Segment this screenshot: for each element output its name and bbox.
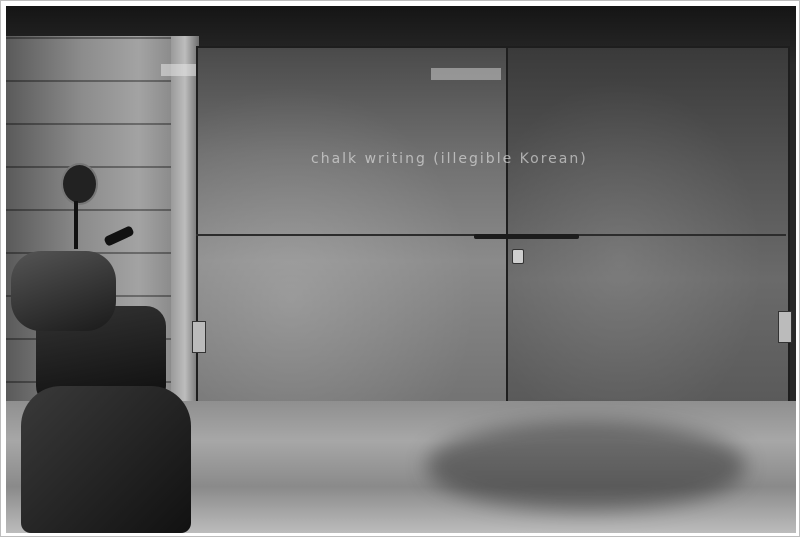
left-door-panel (196, 46, 510, 405)
door-latch-bar (474, 234, 579, 239)
photograph: chalk writing (illegible Korean) (6, 6, 796, 533)
light-streak (431, 68, 501, 80)
chalk-writing: chalk writing (illegible Korean) (311, 151, 588, 167)
padlock-icon (512, 249, 524, 264)
hinge-right (778, 311, 792, 343)
mirror-stem (74, 201, 78, 249)
right-door-panel (506, 46, 790, 405)
floor-shadow (426, 421, 746, 511)
scooter-front (11, 251, 116, 331)
scooter-rear (21, 386, 191, 533)
scooter-mirror (61, 163, 98, 205)
photo-frame: chalk writing (illegible Korean) (0, 0, 800, 537)
